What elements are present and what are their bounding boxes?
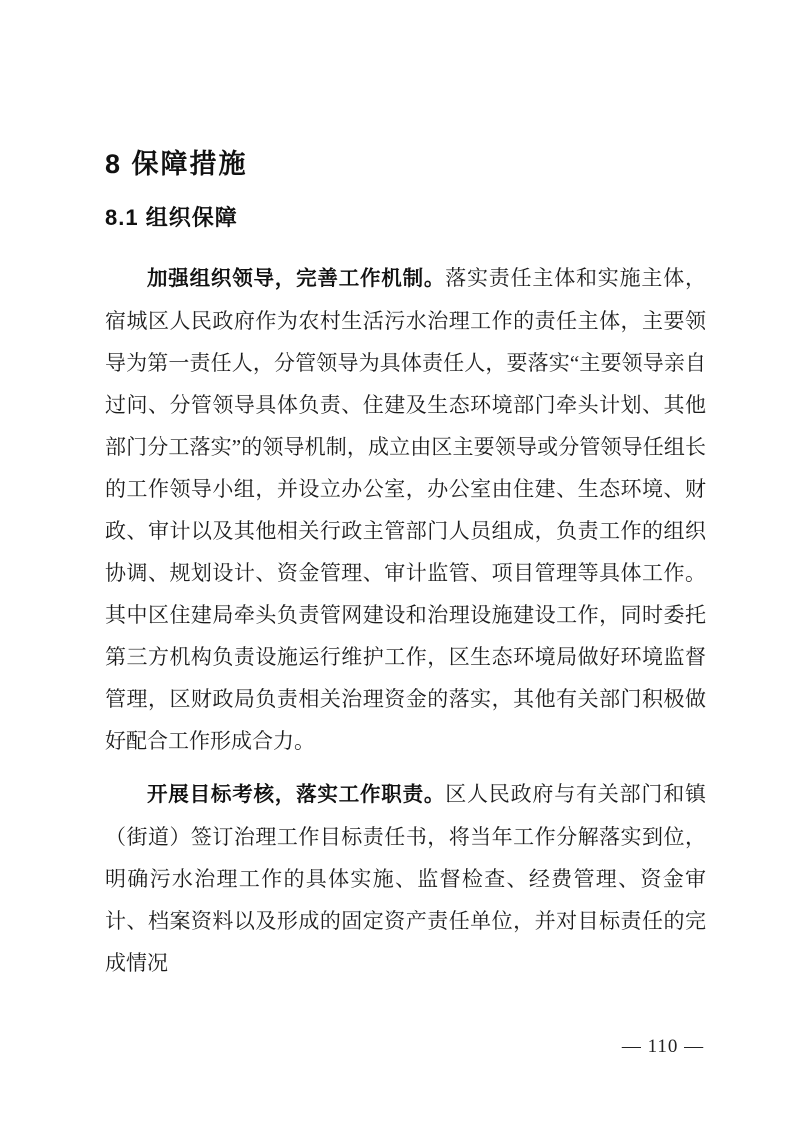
paragraph-1-lead: 加强组织领导，完善工作机制。 xyxy=(147,267,445,290)
section-heading: 8 保障措施 xyxy=(105,148,706,182)
subsection-heading: 8.1 组织保障 xyxy=(105,204,706,232)
paragraph-1: 加强组织领导，完善工作机制。落实责任主体和实施主体，宿城区人民政府作为农村生活污… xyxy=(105,257,706,762)
paragraph-1-body: 落实责任主体和实施主体，宿城区人民政府作为农村生活污水治理工作的责任主体，主要领… xyxy=(105,266,706,753)
page-number: — 110 — xyxy=(620,1036,706,1058)
paragraph-2-body: 区人民政府与有关部门和镇（街道）签订治理工作目标责任书，将当年工作分解落实到位，… xyxy=(105,782,706,975)
document-page: 8 保障措施 8.1 组织保障 加强组织领导，完善工作机制。落实责任主体和实施主… xyxy=(0,0,793,1122)
paragraph-2-lead: 开展目标考核，落实工作职责。 xyxy=(147,783,445,806)
paragraph-2: 开展目标考核，落实工作职责。区人民政府与有关部门和镇（街道）签订治理工作目标责任… xyxy=(105,773,706,984)
page-content: 8 保障措施 8.1 组织保障 加强组织领导，完善工作机制。落实责任主体和实施主… xyxy=(105,148,706,984)
